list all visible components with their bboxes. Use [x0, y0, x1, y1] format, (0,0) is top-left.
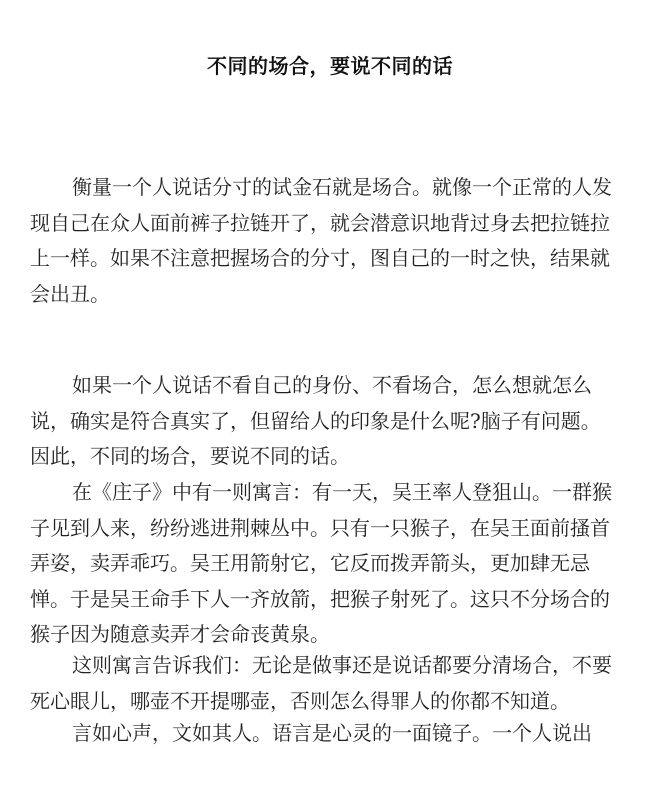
paragraph-1: 衡量一个人说话分寸的试金石就是场合。就像一个正常的人发现自己在众人面前裤子拉链开…	[30, 170, 616, 312]
paragraph-4: 这则寓言告诉我们：无论是做事还是说话都要分清场合，不要死心眼儿，哪壶不开提哪壶，…	[30, 648, 616, 719]
document-title: 不同的场合，要说不同的话	[0, 50, 660, 79]
paragraph-3: 在《庄子》中有一则寓言：有一天，吴王率人登狙山。一群猴子见到人来，纷纷逃进荆棘丛…	[30, 475, 616, 653]
paragraph-5: 言如心声，文如其人。语言是心灵的一面镜子。一个人说出	[30, 716, 616, 752]
paragraph-2: 如果一个人说话不看自己的身份、不看场合，怎么想就怎么说，确实是符合真实了，但留给…	[30, 368, 616, 475]
document-page: 不同的场合，要说不同的话 衡量一个人说话分寸的试金石就是场合。就像一个正常的人发…	[0, 0, 660, 786]
